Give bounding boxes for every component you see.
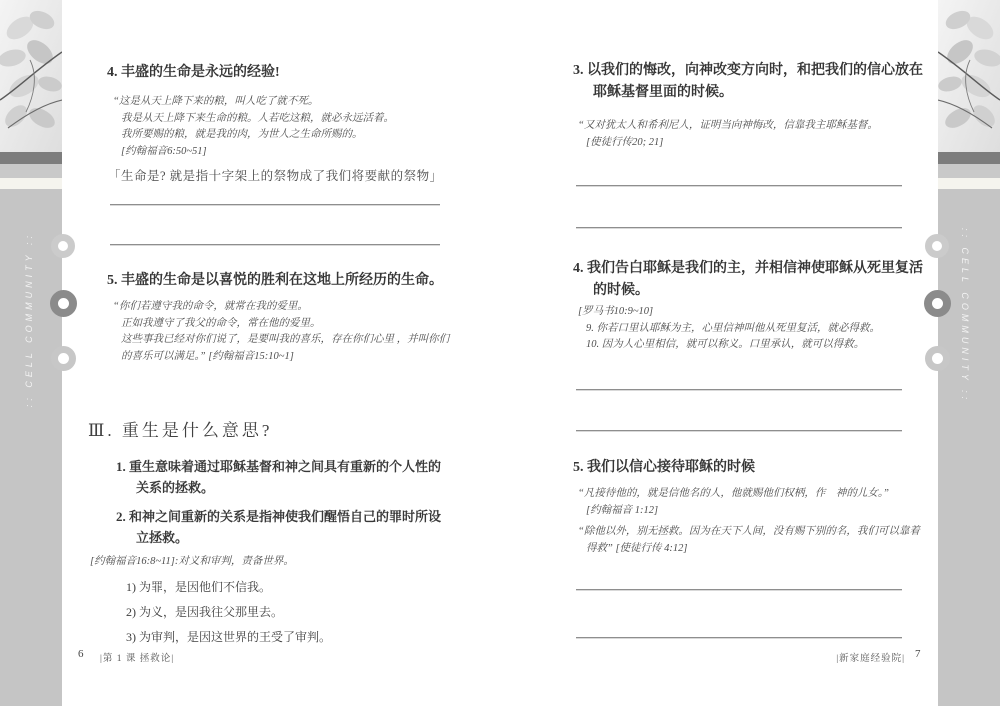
vertical-brand-text-left: :: CELL COMMUNITY :: [24,232,34,407]
subitem-1: 1) 为罪，是因他们不信我。 [126,578,486,595]
leaf-photo [0,0,62,152]
section-4-note: 「生命是? 就是指十字架上的祭物成了我们将要献的祭物」 [108,166,528,184]
decorative-band-dark [938,152,1000,164]
vertical-brand-text-right: :: CELL COMMUNITY :: [960,228,970,403]
ring-icon [51,234,75,258]
subitem-2: 2) 为义，是因我往父那里去。 [126,603,486,620]
subitem-3: 3) 为审判，是因这世界的王受了审判。 [126,628,486,645]
section-iii-note: [约翰福音16:8~11]:对义和审判，责备世界。 [90,553,490,568]
footer-label-left: |第 1 课 拯救论| [100,650,174,664]
section-4-quote-right: [罗马书10:9~10] 9. 你若口里认耶稣为主，心里信神叫他从死里复活，就必… [578,304,936,354]
section-5-heading-right: 5. 我们以信心接待耶稣的时候 [573,457,933,479]
decorative-band-cream [938,178,1000,189]
section-3-heading: 3. 以我们的悔改，向神改变方向时，和把我们的信心放在 耶稣基督里面的时候。 [573,60,953,104]
answer-line [110,244,440,246]
page-number-left: 6 [78,648,84,660]
footer-label-right: |新家庭经验院| [740,650,905,664]
answer-line [576,185,902,187]
section-4-heading: 4. 丰盛的生命是永远的经验! [107,62,507,84]
page-number-right: 7 [915,648,921,660]
section-3-quote: “又对犹太人和希利尼人，证明当向神悔改，信靠我主耶稣基督。 [使徒行传20; 2… [578,118,936,151]
ring-icon [925,234,949,258]
section-4-quote: “这是从天上降下来的粮，叫人吃了就不死。 我是从天上降下来生命的粮。人若吃这粮，… [113,94,521,160]
answer-line [576,430,902,432]
decorative-band-cream [0,178,62,189]
section-5-quote: “你们若遵守我的命令，就常在我的爱里。 正如我遵守了我父的命令，常在他的爱里。 … [113,299,531,365]
answer-line [576,227,902,229]
section-iii-heading: Ⅲ. 重生是什么意思? [88,416,488,441]
decorative-band-dark [0,152,62,164]
section-4-heading-right: 4. 我们告白耶稣是我们的主，并相信神使耶稣从死里复活 的时候。 [573,258,953,302]
answer-line [110,204,440,206]
section-5-quote-1: “凡接待他的，就是信他名的人，他就赐他们权柄，作 神的儿女。” [约翰福音 1:… [578,486,936,519]
section-5-quote-2: “除他以外，别无拯救。因为在天下人间，没有赐下别的名，我们可以靠着 得救” [使… [578,524,936,557]
answer-line [576,589,902,591]
rebirth-item-1: 1. 重生意味着通过耶稣基督和神之间具有重新的个人性的 关系的拯救。 [116,456,516,498]
section-5-heading: 5. 丰盛的生命是以喜悦的胜利在这地上所经历的生命。 [107,270,527,292]
book-spread: :: CELL COMMUNITY :: :: CEL [0,0,1000,706]
leaf-photo-svg [0,0,62,152]
answer-line [576,389,902,391]
decorative-band-mid [0,164,62,178]
ring-icon [50,290,77,317]
rebirth-item-2: 2. 和神之间重新的关系是指神使我们醒悟自己的罪时所设 立拯救。 [116,506,516,548]
ring-icon [51,346,76,371]
decorative-band-mid [938,164,1000,178]
answer-line [576,637,902,639]
